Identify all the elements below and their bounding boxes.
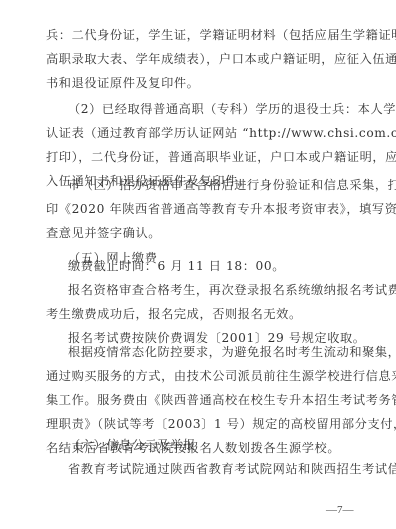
- paragraph-line: 报名资格审查合格考生，再次登录报名系统缴纳报名考试费，: [68, 282, 352, 298]
- page-number: —7—: [326, 504, 354, 516]
- paragraph-line: 认证表（通过教育部学历认证网站 “http://www.chsi.com.cn”…: [46, 125, 352, 141]
- paragraph-line: 查意见并签字确认。: [46, 225, 352, 241]
- paragraph-line: 市（区）招办资格审查合格后进行身份验证和信息采集，打: [68, 177, 352, 193]
- paragraph-line: 兵：二代身份证，学生证，学籍证明材料（包括应届生学籍证明、: [46, 27, 352, 43]
- paragraph-line: 打印），二代身份证，普通高职毕业证，户口本或户籍证明，应征: [46, 149, 352, 165]
- paragraph-line: 书和退役证原件及复印件。: [46, 75, 352, 91]
- paragraph-line: 根据疫情常态化防控要求，为避免报名时考生流动和聚集，: [68, 344, 352, 360]
- paragraph-line: （2）已经取得普通高职（专科）学历的退役士兵：本人学历: [68, 101, 352, 117]
- document-page: 兵：二代身份证，学生证，学籍证明材料（包括应届生学籍证明、 高职录取大表、学年成…: [0, 0, 396, 529]
- paragraph-line: 省教育考试院通过陕西省教育考试院网站和陕西招生考试信: [68, 461, 352, 477]
- paragraph-line: 考生缴费成功后，报名完成，否则报名无效。: [46, 306, 352, 322]
- paragraph-line: 高职录取大表、学年成绩表），户口本或户籍证明，应征入伍通知: [46, 51, 352, 67]
- paragraph-line: 缴费截止时间：6 月 11 日 18：00。: [68, 258, 352, 274]
- paragraph-line: 集工作。服务费由《陕西普通高校在校生专升本招生考试考务管: [46, 392, 352, 408]
- section-heading: （六）信息公示及举报: [68, 437, 352, 453]
- paragraph-line: 印《2020 年陕西省普通高等教育专升本报考资审表》，填写资格审: [46, 201, 352, 217]
- paragraph-line: 通过购买服务的方式，由技术公司派员前往生源学校进行信息采: [46, 368, 352, 384]
- paragraph-line: 理职责》（陕试等考〔2003〕1 号）规定的高校留用部分支付，报: [46, 416, 352, 432]
